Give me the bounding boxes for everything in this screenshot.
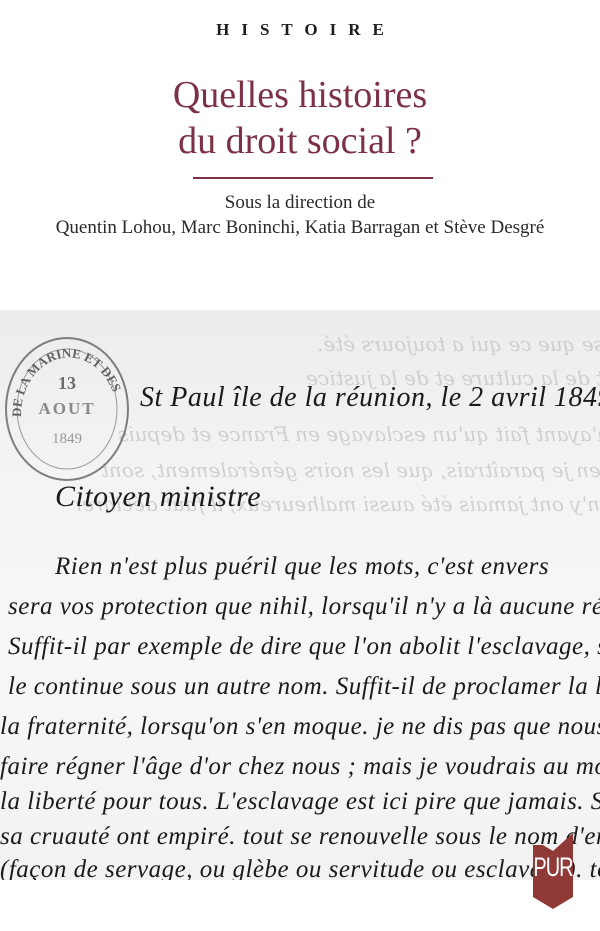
letter-line: la liberté pour tous. L'esclavage est ic… <box>0 788 600 816</box>
series-label: HISTOIRE <box>0 20 600 40</box>
publisher-logo-text: PUR <box>533 853 573 884</box>
letter-salutation: Citoyen ministre <box>55 480 261 514</box>
letter-line: sera vos protection que nihil, lorsqu'il… <box>8 593 600 621</box>
publisher-logo: PUR <box>533 833 573 909</box>
letter-line: Suffit-il par exemple de dire que l'on a… <box>8 633 600 661</box>
letter-line: faire régner l'âge d'or chez nous ; mais… <box>0 753 600 781</box>
letter-line: le continue sous un autre nom. Suffit-il… <box>8 673 600 701</box>
editors-list: Quentin Lohou, Marc Boninchi, Katia Barr… <box>0 215 600 240</box>
letter-line: la fraternité, lorsqu'on s'en moque. je … <box>0 713 600 741</box>
title-divider <box>193 177 433 179</box>
letter-dateline: St Paul île de la réunion, le 2 avril 18… <box>140 382 600 414</box>
stamp-day: 13 <box>7 373 127 394</box>
title-line-2: du droit social ? <box>0 118 600 164</box>
letter-line: (façon de servage, ou glèbe ou servitude… <box>0 856 600 880</box>
stamp-year: 1849 <box>7 431 127 448</box>
postmark-stamp: DE LA MARINE ET DES 13 AOUT 1849 <box>5 337 129 481</box>
manuscript-photo: chose que ce qui a toujours été. l'habit… <box>0 310 600 880</box>
letter-line: sa cruauté ont empiré. tout se renouvell… <box>0 823 600 851</box>
letter-line: Rien n'est plus puéril que les mots, c'e… <box>55 553 549 581</box>
title-line-1: Quelles histoires <box>0 72 600 118</box>
book-title: Quelles histoires du droit social ? <box>0 72 600 164</box>
stamp-month: AOUT <box>7 399 127 419</box>
direction-label: Sous la direction de <box>0 190 600 215</box>
